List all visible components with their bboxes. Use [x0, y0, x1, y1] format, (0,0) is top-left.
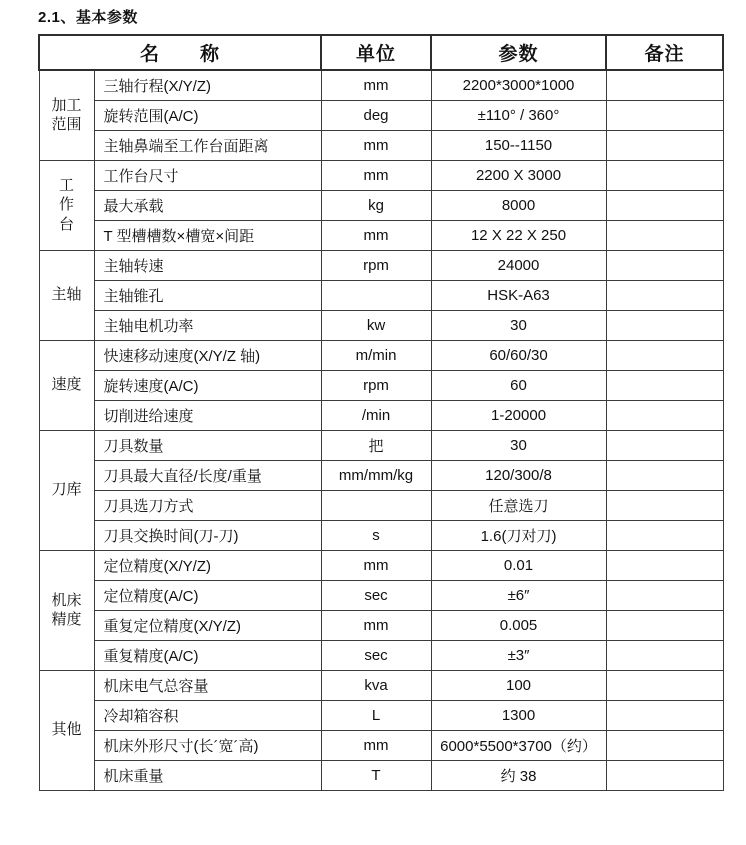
group-label-spindle: 主轴 — [39, 250, 94, 340]
table-row: 重复定位精度(X/Y/Z) mm 0.005 — [39, 610, 723, 640]
header-unit: 单位 — [321, 35, 431, 70]
row-name-cell: 工作台尺寸 — [94, 160, 321, 190]
table-row: 刀具最大直径/长度/重量 mm/mm/kg 120/300/8 — [39, 460, 723, 490]
row-unit-cell: sec — [321, 640, 431, 670]
row-value-cell: 0.005 — [431, 610, 606, 640]
row-name-cell: 刀具选刀方式 — [94, 490, 321, 520]
row-remark-cell — [606, 370, 723, 400]
row-unit-cell: mm — [321, 550, 431, 580]
header-remark: 备注 — [606, 35, 723, 70]
header-value: 参数 — [431, 35, 606, 70]
row-value-cell: 约 38 — [431, 760, 606, 790]
row-name-cell: 定位精度(A/C) — [94, 580, 321, 610]
row-value-cell: 1.6(刀对刀) — [431, 520, 606, 550]
row-value-cell: 6000*5500*3700（约） — [431, 730, 606, 760]
row-value-cell: 120/300/8 — [431, 460, 606, 490]
row-unit-cell — [321, 280, 431, 310]
row-value-cell: 2200*3000*1000 — [431, 70, 606, 100]
basic-parameters-table: 名 称 单位 参数 备注 加工 范围 三轴行程(X/Y/Z) mm 2200*3… — [38, 34, 724, 791]
row-remark-cell — [606, 550, 723, 580]
row-remark-cell — [606, 400, 723, 430]
row-unit-cell: rpm — [321, 370, 431, 400]
table-row: 旋转范围(A/C) deg ±110° / 360° — [39, 100, 723, 130]
row-value-cell: 100 — [431, 670, 606, 700]
row-value-cell: 12 X 22 X 250 — [431, 220, 606, 250]
table-row: 加工 范围 三轴行程(X/Y/Z) mm 2200*3000*1000 — [39, 70, 723, 100]
row-remark-cell — [606, 70, 723, 100]
row-value-cell: 30 — [431, 430, 606, 460]
section-title: 2.1、基本参数 — [38, 6, 746, 27]
row-remark-cell — [606, 250, 723, 280]
row-remark-cell — [606, 280, 723, 310]
table-row: 最大承载 kg 8000 — [39, 190, 723, 220]
table-row: 旋转速度(A/C) rpm 60 — [39, 370, 723, 400]
group-label-machine-accuracy: 机床 精度 — [39, 550, 94, 670]
row-unit-cell: mm — [321, 220, 431, 250]
row-name-cell: 主轴电机功率 — [94, 310, 321, 340]
table-row: 重复精度(A/C) sec ±3″ — [39, 640, 723, 670]
row-unit-cell: kw — [321, 310, 431, 340]
row-unit-cell: kg — [321, 190, 431, 220]
row-unit-cell: mm — [321, 130, 431, 160]
group-label-machining-range: 加工 范围 — [39, 70, 94, 160]
row-value-cell: 0.01 — [431, 550, 606, 580]
table-row: 冷却箱容积 L 1300 — [39, 700, 723, 730]
row-name-cell: 刀具交换时间(刀-刀) — [94, 520, 321, 550]
table-row: 机床外形尺寸(长´宽´高) mm 6000*5500*3700（约） — [39, 730, 723, 760]
row-value-cell: 1300 — [431, 700, 606, 730]
row-remark-cell — [606, 190, 723, 220]
row-unit-cell: sec — [321, 580, 431, 610]
row-remark-cell — [606, 460, 723, 490]
row-name-cell: 快速移动速度(X/Y/Z 轴) — [94, 340, 321, 370]
row-name-cell: 最大承载 — [94, 190, 321, 220]
row-value-cell: 24000 — [431, 250, 606, 280]
group-label-speed: 速度 — [39, 340, 94, 430]
row-unit-cell: deg — [321, 100, 431, 130]
group-label-tool-magazine: 刀库 — [39, 430, 94, 550]
row-value-cell: 2200 X 3000 — [431, 160, 606, 190]
table-row: 切削进给速度 /min 1-20000 — [39, 400, 723, 430]
row-unit-cell: s — [321, 520, 431, 550]
row-name-cell: 三轴行程(X/Y/Z) — [94, 70, 321, 100]
row-unit-cell: m/min — [321, 340, 431, 370]
row-name-cell: 主轴锥孔 — [94, 280, 321, 310]
row-name-cell: 重复精度(A/C) — [94, 640, 321, 670]
row-value-cell: ±3″ — [431, 640, 606, 670]
row-unit-cell: /min — [321, 400, 431, 430]
row-name-cell: 刀具最大直径/长度/重量 — [94, 460, 321, 490]
row-name-cell: 主轴鼻端至工作台面距离 — [94, 130, 321, 160]
row-value-cell: 30 — [431, 310, 606, 340]
row-value-cell: 60/60/30 — [431, 340, 606, 370]
row-value-cell: 1-20000 — [431, 400, 606, 430]
group-label-other: 其他 — [39, 670, 94, 790]
row-value-cell: 8000 — [431, 190, 606, 220]
row-name-cell: 冷却箱容积 — [94, 700, 321, 730]
row-remark-cell — [606, 490, 723, 520]
row-remark-cell — [606, 610, 723, 640]
row-value-cell: ±110° / 360° — [431, 100, 606, 130]
row-remark-cell — [606, 670, 723, 700]
table-row: 刀具选刀方式 任意选刀 — [39, 490, 723, 520]
row-unit-cell: T — [321, 760, 431, 790]
row-unit-cell — [321, 490, 431, 520]
table-row: 主轴电机功率 kw 30 — [39, 310, 723, 340]
table-row: 速度 快速移动速度(X/Y/Z 轴) m/min 60/60/30 — [39, 340, 723, 370]
row-unit-cell: mm — [321, 610, 431, 640]
row-unit-cell: L — [321, 700, 431, 730]
row-remark-cell — [606, 310, 723, 340]
row-value-cell: 任意选刀 — [431, 490, 606, 520]
row-name-cell: T 型槽槽数×槽宽×间距 — [94, 220, 321, 250]
table-row: 其他 机床电气总容量 kva 100 — [39, 670, 723, 700]
row-value-cell: 150--1150 — [431, 130, 606, 160]
table-row: 主轴鼻端至工作台面距离 mm 150--1150 — [39, 130, 723, 160]
row-value-cell: ±6″ — [431, 580, 606, 610]
row-name-cell: 机床重量 — [94, 760, 321, 790]
row-remark-cell — [606, 580, 723, 610]
group-label-worktable: 工 作 台 — [39, 160, 94, 250]
row-remark-cell — [606, 730, 723, 760]
row-value-cell: HSK-A63 — [431, 280, 606, 310]
row-unit-cell: mm — [321, 730, 431, 760]
row-remark-cell — [606, 130, 723, 160]
row-unit-cell: rpm — [321, 250, 431, 280]
table-row: T 型槽槽数×槽宽×间距 mm 12 X 22 X 250 — [39, 220, 723, 250]
row-remark-cell — [606, 700, 723, 730]
header-name: 名 称 — [39, 35, 321, 70]
row-remark-cell — [606, 160, 723, 190]
row-name-cell: 机床电气总容量 — [94, 670, 321, 700]
row-remark-cell — [606, 430, 723, 460]
row-unit-cell: kva — [321, 670, 431, 700]
table-row: 刀库 刀具数量 把 30 — [39, 430, 723, 460]
row-value-cell: 60 — [431, 370, 606, 400]
table-row: 主轴 主轴转速 rpm 24000 — [39, 250, 723, 280]
row-unit-cell: mm — [321, 70, 431, 100]
row-name-cell: 旋转范围(A/C) — [94, 100, 321, 130]
row-name-cell: 机床外形尺寸(长´宽´高) — [94, 730, 321, 760]
row-unit-cell: 把 — [321, 430, 431, 460]
row-name-cell: 切削进给速度 — [94, 400, 321, 430]
row-remark-cell — [606, 640, 723, 670]
table-row: 主轴锥孔 HSK-A63 — [39, 280, 723, 310]
row-remark-cell — [606, 100, 723, 130]
table-row: 机床 精度 定位精度(X/Y/Z) mm 0.01 — [39, 550, 723, 580]
table-row: 定位精度(A/C) sec ±6″ — [39, 580, 723, 610]
header-row: 名 称 单位 参数 备注 — [39, 35, 723, 70]
row-unit-cell: mm/mm/kg — [321, 460, 431, 490]
table-row: 刀具交换时间(刀-刀) s 1.6(刀对刀) — [39, 520, 723, 550]
row-name-cell: 定位精度(X/Y/Z) — [94, 550, 321, 580]
row-name-cell: 刀具数量 — [94, 430, 321, 460]
row-name-cell: 重复定位精度(X/Y/Z) — [94, 610, 321, 640]
row-remark-cell — [606, 220, 723, 250]
row-remark-cell — [606, 520, 723, 550]
row-remark-cell — [606, 340, 723, 370]
table-row: 机床重量 T 约 38 — [39, 760, 723, 790]
row-unit-cell: mm — [321, 160, 431, 190]
row-name-cell: 旋转速度(A/C) — [94, 370, 321, 400]
row-remark-cell — [606, 760, 723, 790]
table-row: 工 作 台 工作台尺寸 mm 2200 X 3000 — [39, 160, 723, 190]
row-name-cell: 主轴转速 — [94, 250, 321, 280]
